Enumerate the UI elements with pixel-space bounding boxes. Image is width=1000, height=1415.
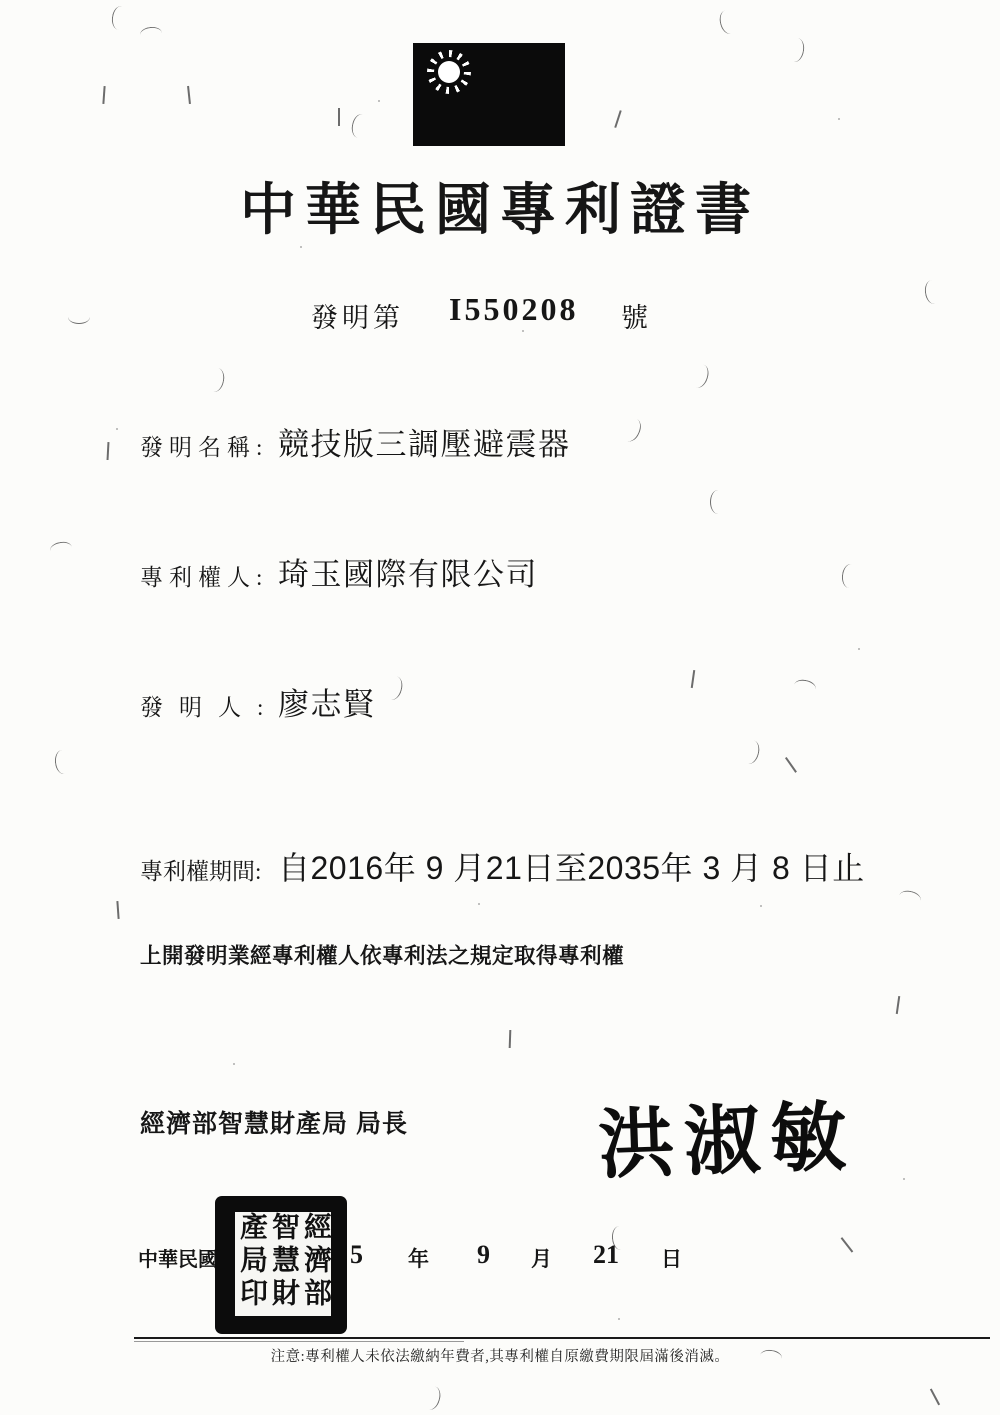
scan-speckle: [522, 330, 524, 332]
patent-number: I550208: [449, 291, 578, 328]
date-month-unit: 月: [531, 1243, 552, 1273]
scan-artifact: [350, 113, 371, 140]
scan-speckle: [618, 1318, 620, 1320]
scan-speckle: [478, 903, 480, 905]
scan-artifact: [841, 563, 859, 589]
scan-speckle: [858, 648, 860, 650]
date-year: 5: [350, 1240, 363, 1270]
roc-flag-icon: [413, 43, 565, 146]
cert-number-suffix: 號: [621, 296, 648, 335]
scan-speckle: [300, 246, 302, 248]
scan-artifact: [139, 26, 162, 42]
scan-artifact: [793, 678, 817, 696]
inventor-value: 廖志賢: [278, 679, 376, 724]
patentee-label: 專利權人:: [140, 559, 278, 592]
scan-artifact: [107, 442, 110, 460]
scan-artifact: [930, 1389, 940, 1406]
scan-artifact: [898, 889, 923, 908]
date-year-unit: 年: [408, 1243, 429, 1273]
scan-speckle: [378, 100, 380, 102]
scan-artifact: [691, 670, 695, 688]
footnote: 注意:專利權人未依法繳納年費者,其專利權自原繳費期限屆滿後消滅。: [0, 1345, 1000, 1366]
patentee-value: 琦玉國際有限公司: [278, 549, 538, 594]
scan-artifact: [187, 86, 190, 104]
official-seal: 經濟部智慧財產局印: [215, 1196, 347, 1334]
director-signature: 洪淑敏: [596, 1076, 858, 1194]
scan-artifact: [896, 996, 900, 1014]
seal-text: 經濟部智慧財產局印: [235, 1212, 331, 1316]
scan-speckle: [760, 905, 762, 907]
cert-number-prefix: 發明第: [311, 296, 404, 335]
scan-artifact: [49, 540, 73, 558]
scan-artifact: [116, 901, 119, 919]
issuer-office-title: 經濟部智慧財產局 局長: [140, 1104, 408, 1140]
certificate-title: 中華民國專利證書: [0, 166, 1000, 246]
scan-artifact: [338, 108, 340, 126]
footer-divider-shadow: [134, 1341, 464, 1342]
patent-term-label: 專利權期間:: [140, 853, 278, 886]
scan-speckle: [838, 118, 840, 120]
invention-name-value: 競技版三調壓避震器: [278, 419, 571, 464]
scan-artifact: [710, 490, 726, 514]
patent-certificate-page: 中華民國專利證書 發明第 I550208 號 發明名稱: 競技版三調壓避震器 專…: [0, 0, 1000, 1415]
scan-artifact: [54, 749, 72, 775]
field-inventor: 發明人: 廖志賢: [140, 679, 376, 724]
date-month: 9: [477, 1240, 490, 1270]
seal-inner: 經濟部智慧財產局印: [235, 1212, 331, 1316]
scan-speckle: [233, 1063, 235, 1065]
scan-speckle: [282, 962, 284, 964]
footer-divider: [134, 1337, 990, 1339]
scan-artifact: [110, 5, 129, 31]
inventor-label: 發明人:: [140, 689, 278, 722]
scan-artifact: [383, 674, 405, 701]
field-patent-term: 專利權期間: 自2016年 9 月21日至2035年 3 月 8 日止: [140, 843, 865, 889]
scan-artifact: [923, 279, 942, 305]
patent-term-value: 自2016年 9 月21日至2035年 3 月 8 日止: [278, 843, 865, 889]
scan-artifact: [740, 738, 761, 765]
scan-speckle: [116, 428, 118, 430]
date-day-unit: 日: [661, 1243, 682, 1273]
scan-speckle: [903, 1178, 905, 1180]
scan-artifact: [614, 110, 621, 128]
scan-artifact: [620, 416, 644, 444]
issue-date-line: 中華民國 5 年 9 月 21 日: [0, 1240, 1000, 1274]
scan-artifact: [717, 8, 738, 35]
field-patentee: 專利權人: 琦玉國際有限公司: [140, 549, 538, 594]
scan-artifact: [68, 310, 90, 324]
invention-name-label: 發明名稱:: [140, 429, 278, 462]
field-invention-name: 發明名稱: 競技版三調壓避震器: [140, 419, 571, 464]
date-era: 中華民國: [138, 1243, 218, 1272]
sun-icon: [438, 61, 460, 83]
scan-artifact: [786, 37, 806, 63]
scan-artifact: [102, 86, 105, 104]
grant-statement: 上開發明業經專利權人依專利法之規定取得專利權: [140, 939, 624, 970]
scan-artifact: [689, 362, 712, 390]
scan-artifact: [421, 1384, 443, 1411]
scan-artifact: [206, 367, 227, 394]
scan-artifact: [785, 757, 797, 773]
scan-artifact: [509, 1030, 511, 1048]
